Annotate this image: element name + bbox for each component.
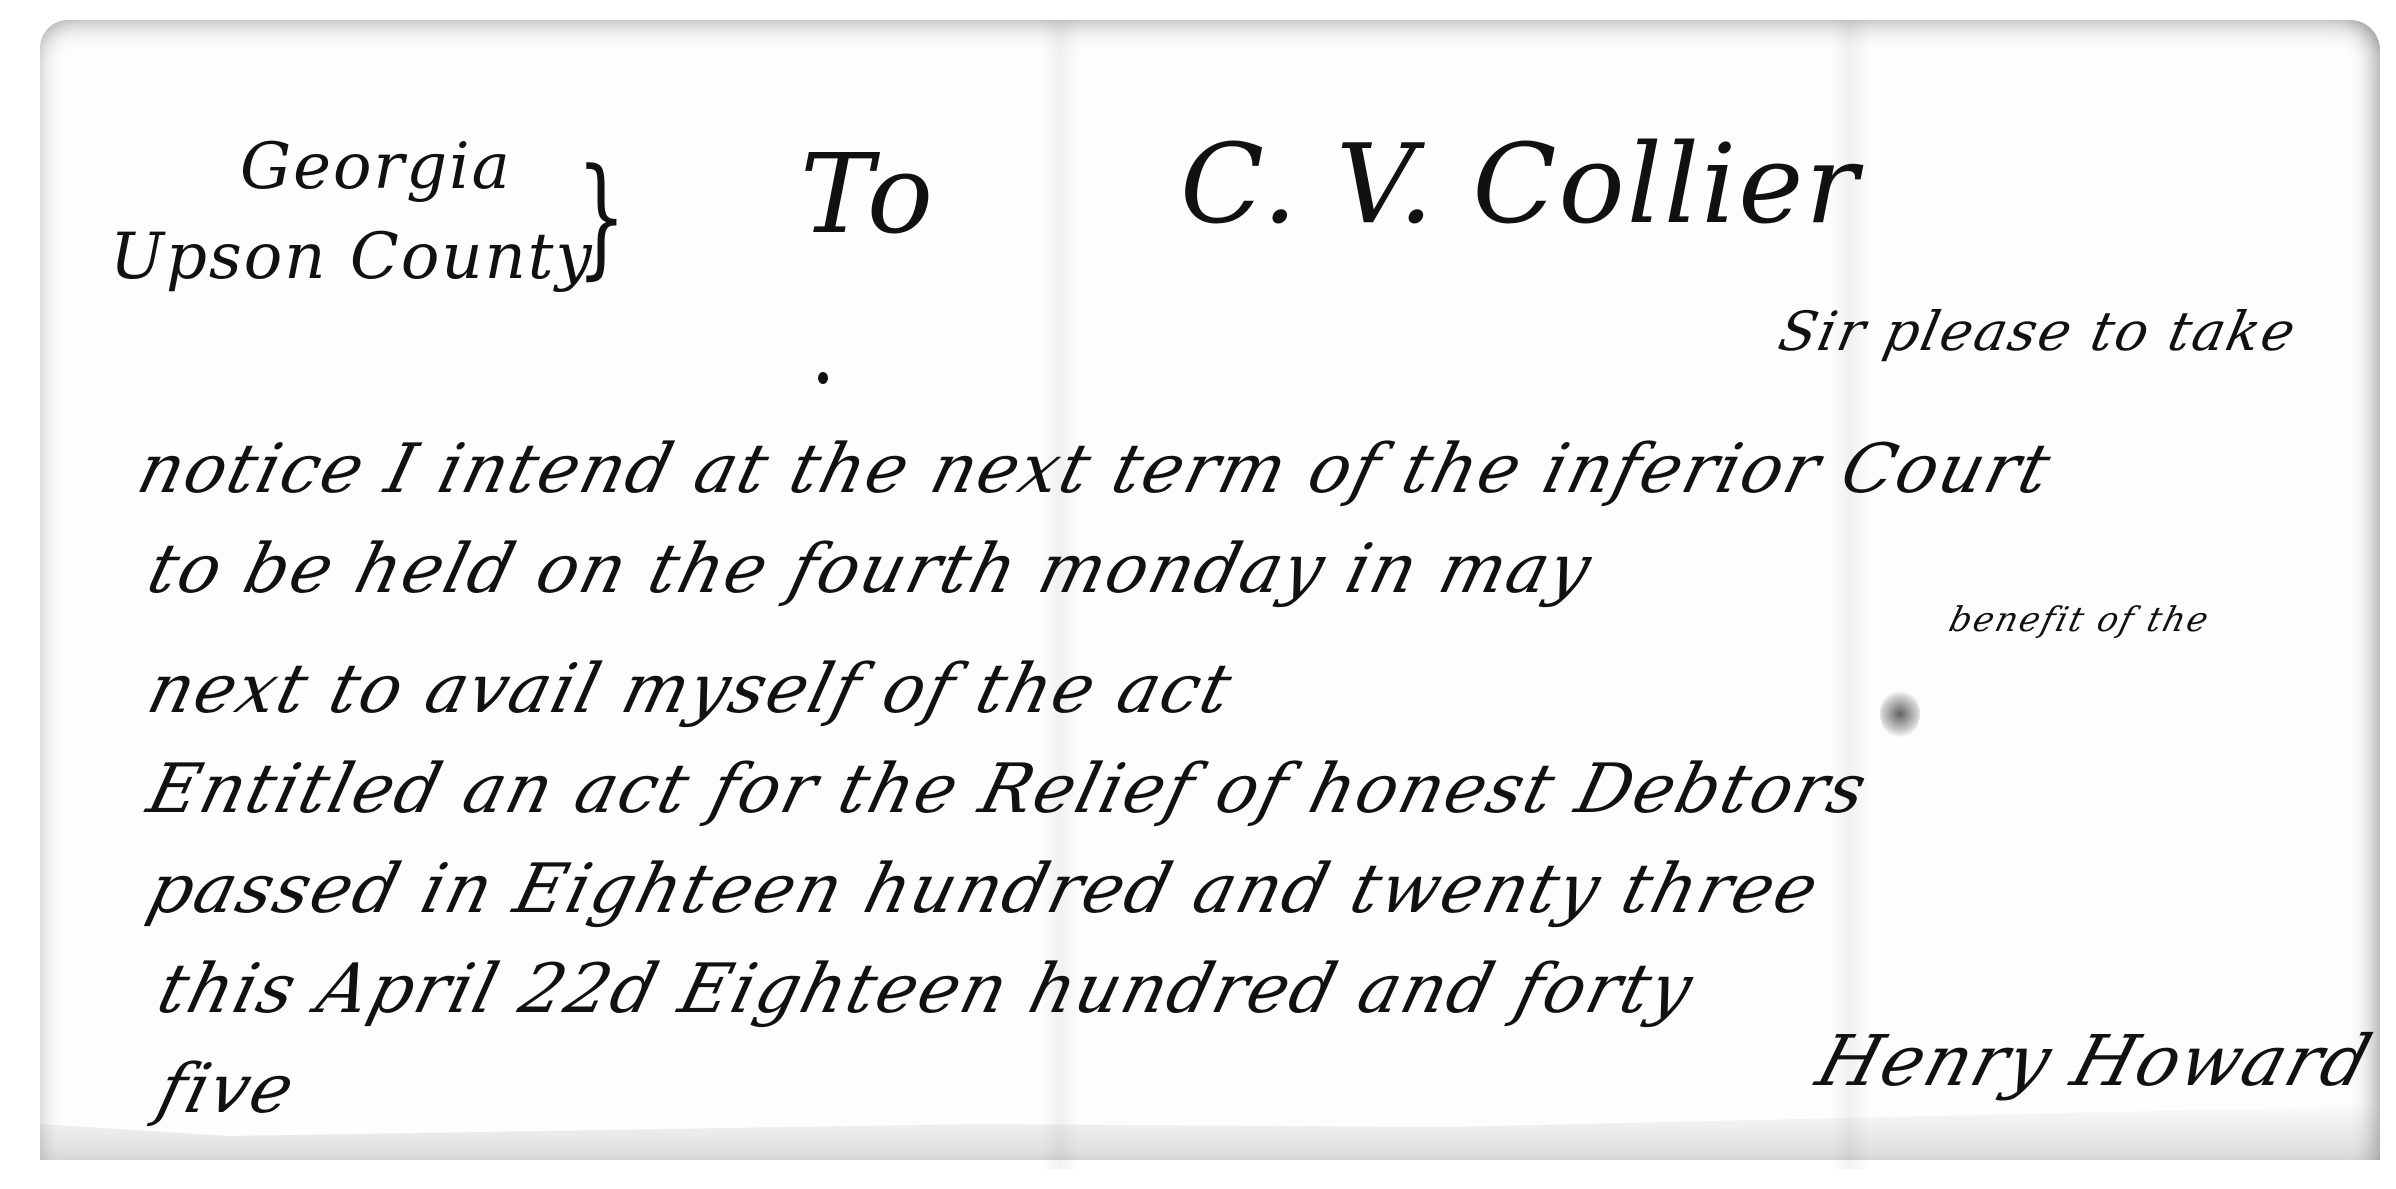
county-name: Upson County [110,220,594,294]
ink-dot [818,372,828,384]
addressee-name: C. V. Collier [1180,120,1860,248]
body-line-2: to be held on the fourth monday in may [140,530,1600,609]
body-line-6: this April 22d Eighteen hundred and fort… [150,950,1702,1029]
bracket-brace: } [577,140,627,292]
signature: Henry Howard [1808,1020,2381,1102]
interlineation-insert: benefit of the [1945,600,2214,640]
addressee-prefix: To [800,130,935,258]
body-line-7: five [150,1050,303,1129]
salutation: Sir please to take [1773,300,2302,363]
body-line-5: passed in Eighteen hundred and twenty th… [140,850,1827,929]
ink-blot-caret [1880,690,1920,738]
state-name: Georgia [240,130,512,204]
body-line-4: Entitled an act for the Relief of honest… [140,750,1876,829]
body-line-1: notice I intend at the next term of the … [130,430,2060,509]
body-line-3: next to avail myself of the act [140,650,1241,729]
